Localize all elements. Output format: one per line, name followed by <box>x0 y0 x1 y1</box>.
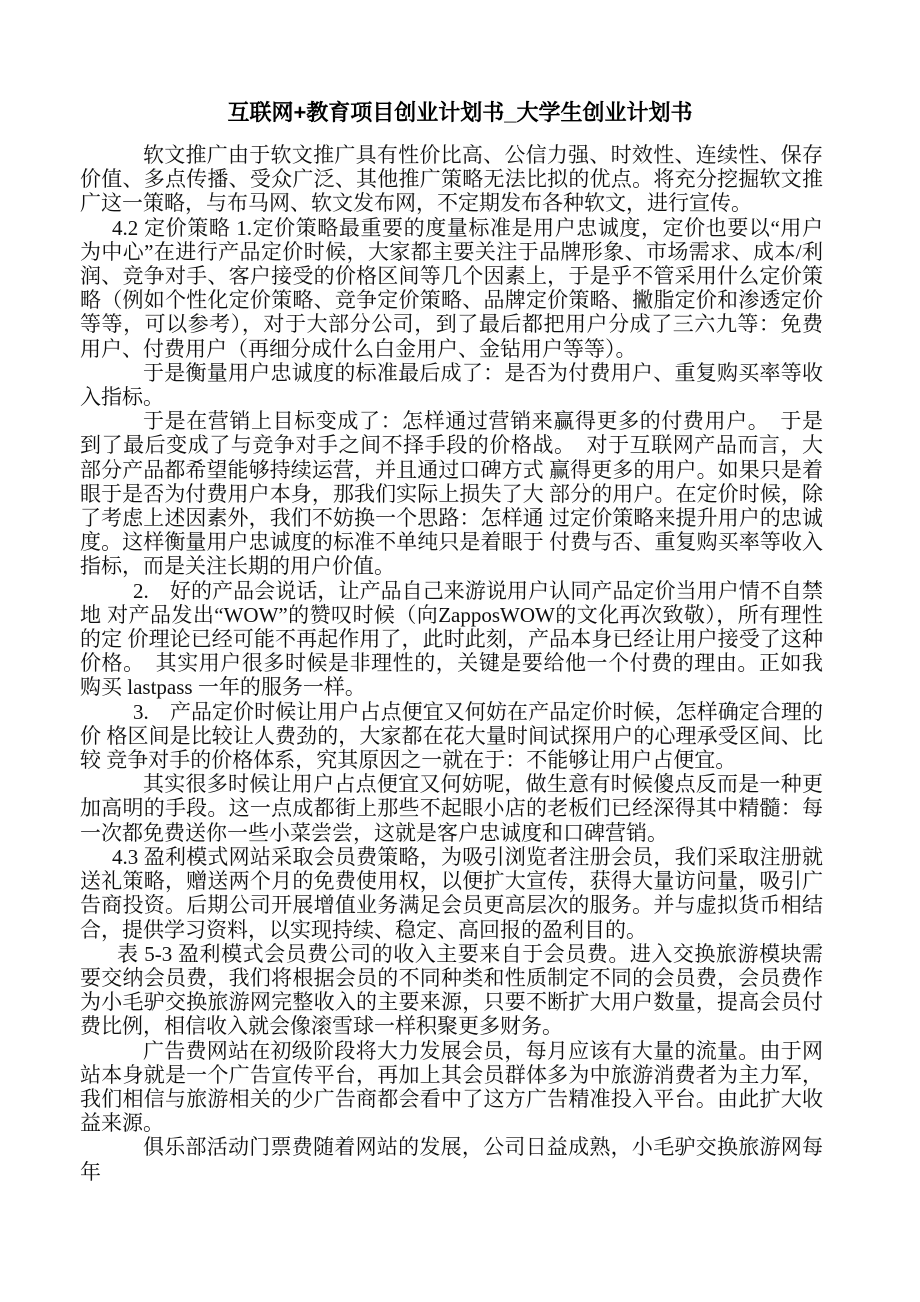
document-title: 互联网+教育项目创业计划书_大学生创业计划书 <box>0 96 920 130</box>
paragraph-soft-article-promotion: 软文推广由于软文推广具有性价比高、公信力强、时效性、连续性、保存价值、多点传播、… <box>80 143 823 216</box>
paragraph-marketing-goal: 于是在营销上目标变成了：怎样通过营销来赢得更多的付费用户。 于是到了最后变成了与… <box>80 409 823 578</box>
paragraph-club-ticket-fee: 俱乐部活动门票费随着网站的发展，公司日益成熟，小毛驴交换旅游网每年 <box>80 1135 823 1183</box>
document-page: 互联网+教育项目创业计划书_大学生创业计划书 软文推广由于软文推广具有性价比高、… <box>0 0 920 1302</box>
paragraph-item-2-good-product: 2. 好的产品会说话，让产品自己来游说用户认同产品定价当用户情不自禁地 对产品发… <box>80 579 823 700</box>
paragraph-item-3-let-users-gain: 3. 产品定价时候让用户占点便宜又何妨在产品定价时候，怎样确定合理的价 格区间是… <box>80 700 823 773</box>
paragraph-loyalty-metric: 于是衡量用户忠诚度的标准最后成了：是否为付费用户、重复购买率等收入指标。 <box>80 361 823 409</box>
document-body: 软文推广由于软文推广具有性价比高、公信力强、时效性、连续性、保存价值、多点传播、… <box>80 143 823 1184</box>
paragraph-table-5-3-membership: 表 5-3 盈利模式会员费公司的收入主要来自于会员费。进入交换旅游模块需要交纳会… <box>80 942 823 1039</box>
paragraph-small-shops-example: 其实很多时候让用户占点便宜又何妨呢，做生意有时候傻点反而是一种更加高明的手段。这… <box>80 772 823 845</box>
paragraph-profit-model-4-3: 4.3 盈利模式网站采取会员费策略，为吸引浏览者注册会员，我们采取注册就送礼策略… <box>80 845 823 942</box>
paragraph-advertising-fee: 广告费网站在初级阶段将大力发展会员，每月应该有大量的流量。由于网站本身就是一个广… <box>80 1039 823 1136</box>
paragraph-pricing-strategy-4-2: 4.2 定价策略 1.定价策略最重要的度量标准是用户忠诚度，定价也要以“用户为中… <box>80 216 823 361</box>
